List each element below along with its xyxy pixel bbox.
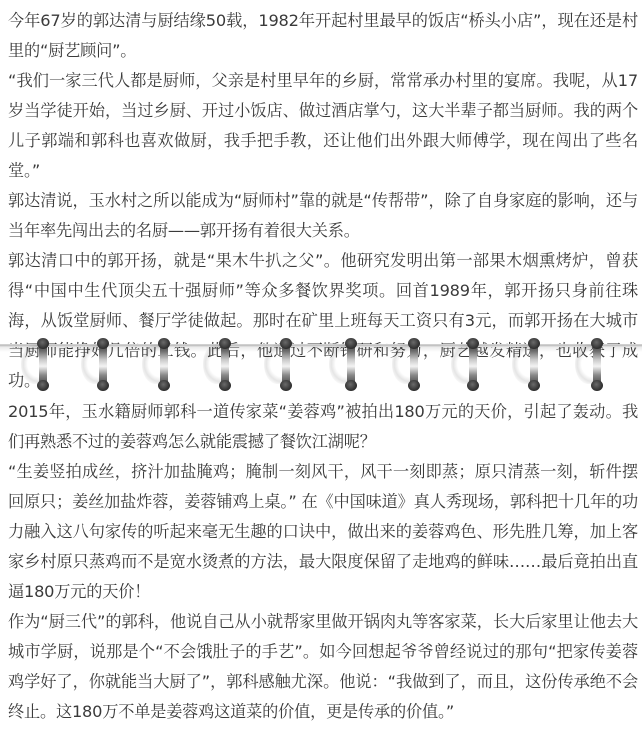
spiral-binding-ring-icon [27,336,57,392]
spiral-binding-ring-icon [87,336,117,392]
spiral-binding-ring-icon [457,336,487,392]
spiral-binding-ring-icon [270,336,300,392]
spiral-binding-ring-icon [209,336,239,392]
spiral-binding-ring-icon [581,336,611,392]
article-section-bottom: 2015年，玉水籍厨师郭科一道传家菜“姜蓉鸡”被拍出180万元的天价，引起了轰动… [8,397,638,727]
paragraph-quote-guo-daqing: “我们一家三代人都是厨师，父亲是村里早年的乡厨，常常承办村里的宴席。我呢，从17… [8,66,638,186]
paragraph-chef-village: 郭达清说，玉水村之所以能成为“厨师村”靠的就是“传帮带”，除了自身家庭的影响，还… [8,186,638,246]
paragraph-guo-ke-heritage: 作为“厨三代”的郭科，他说自己从小就帮家里做开锅肉丸等客家菜，长大后家里让他去大… [8,607,638,727]
spiral-binding-ring-icon [335,336,365,392]
paragraph-intro: 今年67岁的郭达清与厨结缘50载，1982年开起村里最早的饭店“桥头小店”，现在… [8,6,638,66]
spiral-binding-ring-icon [518,336,548,392]
spiral-binding-ring-icon [148,336,178,392]
spiral-binding-ring-icon [398,336,428,392]
paragraph-ginger-chicken-auction: 2015年，玉水籍厨师郭科一道传家菜“姜蓉鸡”被拍出180万元的天价，引起了轰动… [8,397,638,457]
spiral-binding-divider [0,334,642,394]
paragraph-recipe-verse: “生姜竖拍成丝，挤汁加盐腌鸡；腌制一刻风干，风干一刻即蒸；原只清蒸一刻，斩件摆回… [8,457,638,607]
